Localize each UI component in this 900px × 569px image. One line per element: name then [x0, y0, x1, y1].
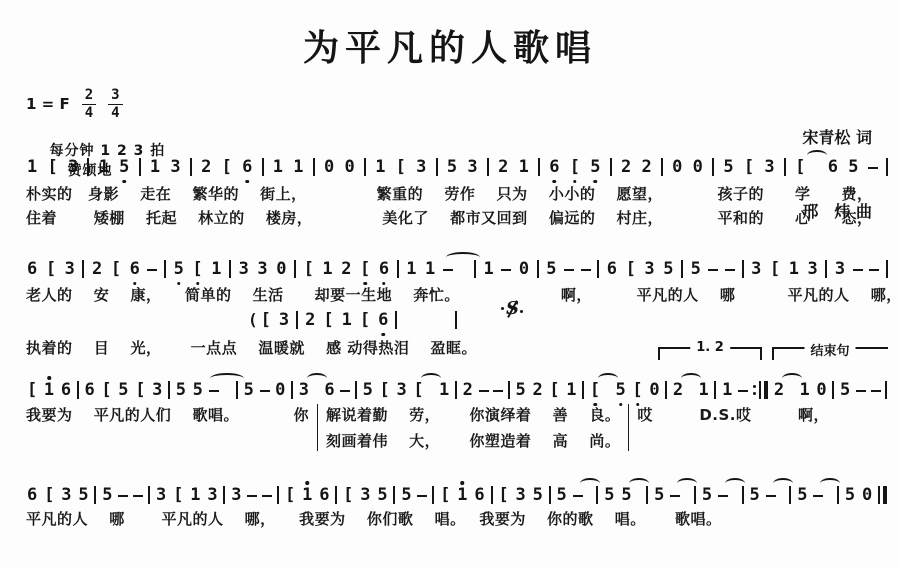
note: 1: [292, 159, 304, 176]
bar: [537, 260, 539, 278]
bracket-tick: [772, 349, 774, 360]
dash: [501, 269, 511, 272]
dash: [813, 495, 823, 498]
bar: [335, 486, 337, 504]
note: 1: [483, 261, 495, 278]
dash: [581, 269, 591, 272]
note: 6: [318, 487, 330, 504]
note: 3: [238, 261, 250, 278]
thin: [759, 381, 761, 399]
note: 3: [169, 159, 181, 176]
note: 1: [438, 382, 450, 399]
note: 6: [827, 159, 839, 176]
note: [: [342, 487, 354, 504]
bar: [148, 486, 150, 504]
note: 2: [200, 159, 212, 176]
note: 5: [515, 382, 527, 399]
note: 3: [807, 261, 819, 278]
tie: [807, 150, 827, 161]
note: 5: [653, 487, 665, 504]
bar: [94, 486, 96, 504]
note: 5: [844, 487, 856, 504]
bar: [474, 260, 476, 278]
note: 1: [788, 261, 800, 278]
dash: [868, 167, 878, 170]
dash: [708, 269, 718, 272]
bar: [694, 486, 696, 504]
note: 2: [672, 382, 684, 399]
note: [: [26, 382, 38, 399]
bar: [742, 260, 744, 278]
dot: [382, 333, 386, 337]
note: 1: [798, 382, 810, 399]
bar: [395, 311, 397, 329]
note: 1: [456, 487, 468, 504]
note: 5: [446, 159, 458, 176]
bar: [236, 381, 238, 399]
note: 6: [606, 261, 618, 278]
dash: [443, 269, 453, 272]
note: 3: [514, 487, 526, 504]
bar: [661, 158, 663, 176]
note: 1: [698, 382, 710, 399]
note: 5: [243, 382, 255, 399]
note: 2: [531, 382, 543, 399]
bar: [886, 158, 888, 176]
bar: [886, 260, 888, 278]
bar: [313, 158, 315, 176]
ending-bracket: 结束句: [772, 347, 888, 360]
note: 5: [589, 159, 601, 176]
note: 0: [671, 159, 683, 176]
note: [: [548, 382, 560, 399]
lyrics-line-4: 我要为 平凡的人们 歌唱。 你 解说着勤 劳， 你演绎着 善 良。 刻画着伟 大…: [26, 404, 829, 451]
note: 5: [101, 487, 113, 504]
dash: [118, 495, 128, 498]
bar: [455, 311, 457, 329]
note: 3: [834, 261, 846, 278]
note: 5: [175, 382, 187, 399]
note: 3: [151, 382, 163, 399]
paren: (: [248, 310, 258, 329]
notation-line-2: 6[32[65[1330[12[6111056[3553[133: [26, 252, 888, 278]
bar: [262, 158, 264, 176]
dot: [305, 481, 309, 485]
note: 0: [274, 382, 286, 399]
bar: [596, 486, 598, 504]
bar: [825, 260, 827, 278]
note: 6: [473, 487, 485, 504]
bar: [837, 486, 839, 504]
note: 1: [341, 312, 353, 329]
dash: [133, 495, 143, 498]
dots: [753, 385, 756, 395]
note: [: [45, 261, 57, 278]
note: 5: [690, 261, 702, 278]
note: 1: [321, 261, 333, 278]
note: 1: [272, 159, 284, 176]
note: 6: [60, 382, 72, 399]
note: 5: [117, 382, 129, 399]
note: 6: [378, 261, 390, 278]
bar: [294, 260, 296, 278]
bar: [364, 158, 366, 176]
note: 1: [565, 382, 577, 399]
bar: [712, 158, 714, 176]
note: 1: [424, 261, 436, 278]
bracket-tick: [760, 349, 762, 360]
notation-line-4: [166[5[35550365[3[1252[1[5[02112105: [26, 373, 888, 399]
note: 3: [64, 261, 76, 278]
bar: [538, 158, 540, 176]
note: 5: [173, 261, 185, 278]
dot: [47, 376, 51, 380]
dash: [670, 495, 680, 498]
key-signature: 1 = F 2 4 3 4: [26, 88, 123, 120]
note: 3: [415, 159, 427, 176]
time-signature-first: 2 4: [82, 88, 96, 120]
thick: [883, 486, 888, 504]
note: 3: [206, 487, 218, 504]
note: 3: [750, 261, 762, 278]
note: 1: [721, 382, 733, 399]
note: 6: [129, 261, 141, 278]
bar: [87, 158, 89, 176]
note: 0: [861, 487, 873, 504]
note: 6: [377, 312, 389, 329]
note: 5: [620, 487, 632, 504]
notation-line-3-inset: ([32[1[6: [248, 303, 457, 329]
note: 3: [278, 312, 290, 329]
note: 3: [60, 487, 72, 504]
dash: [493, 390, 503, 393]
verse-line-2: 刻画着伟 大， 你塑造着 高 尚。: [326, 430, 620, 451]
bar: [549, 486, 551, 504]
note: 3: [643, 261, 655, 278]
note: [: [439, 487, 451, 504]
bar: [397, 260, 399, 278]
tie: [210, 373, 244, 384]
note: [: [191, 261, 203, 278]
note: [: [497, 487, 509, 504]
bar: [432, 486, 434, 504]
time-sig-numerator: 3: [108, 88, 122, 105]
d: [753, 385, 756, 388]
dash: [147, 269, 157, 272]
time-sig-denominator: 4: [111, 105, 119, 121]
note: 5: [376, 487, 388, 504]
bar: [168, 381, 170, 399]
note: 3: [395, 382, 407, 399]
dash: [573, 495, 583, 498]
note: 1: [189, 487, 201, 504]
bar: [491, 486, 493, 504]
song-title: 为平凡的人歌唱: [0, 20, 900, 71]
bar: [646, 486, 648, 504]
bar: [296, 311, 298, 329]
dash: [871, 390, 881, 393]
bar: [164, 260, 166, 278]
note: [: [569, 159, 581, 176]
note: [: [625, 261, 637, 278]
note: 5: [362, 382, 374, 399]
note: [: [46, 159, 58, 176]
note: 6: [83, 382, 95, 399]
dash: [856, 390, 866, 393]
note: [: [589, 382, 601, 399]
note: [: [110, 261, 122, 278]
note: 3: [155, 487, 167, 504]
bar: [455, 381, 457, 399]
note: 3: [298, 382, 310, 399]
dash: [869, 269, 879, 272]
note: [: [395, 159, 407, 176]
bar: [665, 381, 667, 399]
bracket-tick: [658, 349, 660, 360]
note: 2: [497, 159, 509, 176]
note: 3: [466, 159, 478, 176]
rep: [753, 381, 769, 399]
volta-label: 1. 2: [690, 340, 730, 355]
bar: [610, 158, 612, 176]
bar: [82, 260, 84, 278]
bar: [714, 381, 716, 399]
note: 1: [26, 159, 38, 176]
note: 6: [26, 487, 38, 504]
bar: [832, 381, 834, 399]
lyrics-4-suffix: 哎 D.S.哎 啊，: [637, 404, 829, 425]
bar: [885, 381, 887, 399]
note: [: [379, 382, 391, 399]
time-sig-denominator: 4: [85, 105, 93, 121]
bar: [77, 381, 79, 399]
fin: [878, 486, 887, 504]
note: 2: [91, 261, 103, 278]
note: 3: [359, 487, 371, 504]
note: [: [631, 382, 643, 399]
note: 5: [532, 487, 544, 504]
note: [: [794, 159, 806, 176]
dash: [479, 390, 489, 393]
note: 0: [648, 382, 660, 399]
note: [: [172, 487, 184, 504]
time-sig-numerator: 2: [82, 88, 96, 105]
dash: [262, 495, 272, 498]
note: 3: [67, 159, 79, 176]
note: [: [303, 261, 315, 278]
note: 2: [640, 159, 652, 176]
note: 1: [301, 487, 313, 504]
bar: [393, 486, 395, 504]
bar: [355, 381, 357, 399]
note: 1: [374, 159, 386, 176]
volta-bracket: 1. 2: [658, 347, 762, 360]
dash: [247, 495, 257, 498]
note: 5: [796, 487, 808, 504]
note: 0: [343, 159, 355, 176]
note: [: [284, 487, 296, 504]
bar: [291, 381, 293, 399]
bar: [223, 486, 225, 504]
notation-line-1: 1[315132[611001[353216[522005[3[65: [26, 150, 888, 176]
dash: [564, 269, 574, 272]
note: 5: [614, 382, 626, 399]
note: 2: [304, 312, 316, 329]
note: 5: [556, 487, 568, 504]
sheet-music-page: 为平凡的人歌唱 宋青松 词 邢 炜 曲 1 = F 2 4 3 4 每分钟 1 …: [0, 0, 900, 569]
bar: [784, 158, 786, 176]
dash: [417, 495, 427, 498]
note: 1: [149, 159, 161, 176]
lyrics-line-5: 平凡的人 哪 平凡的人 哪， 我要为 你们歌 唱。 我要为 你的歌 唱。 歌唱。: [26, 508, 722, 529]
note: 0: [815, 382, 827, 399]
note: 5: [749, 487, 761, 504]
thin: [878, 486, 880, 504]
dash: [209, 390, 219, 393]
note: [: [221, 159, 233, 176]
note: 2: [773, 382, 785, 399]
bar: [789, 486, 791, 504]
lyrics-line-1-verse-2: 住着 矮棚 托起 林立的 楼房， 美化了 都市又回到 偏远的 村庄， 平和的 心…: [26, 207, 873, 228]
bar: [277, 486, 279, 504]
note: 2: [340, 261, 352, 278]
note: 5: [662, 261, 674, 278]
dash: [725, 269, 735, 272]
note: [: [359, 312, 371, 329]
note: [: [769, 261, 781, 278]
note: 2: [462, 382, 474, 399]
note: [: [743, 159, 755, 176]
segno-glyph: S: [506, 300, 519, 318]
note: 5: [118, 159, 130, 176]
note: [: [412, 382, 424, 399]
note: 0: [692, 159, 704, 176]
note: 1: [210, 261, 222, 278]
lyrics-line-3: 执着的 目 光， 一点点 温暖就 感 动得热泪 盈眶。: [26, 337, 477, 358]
bar: [681, 260, 683, 278]
dash: [766, 495, 776, 498]
bar: [487, 158, 489, 176]
bar: [229, 260, 231, 278]
dash: [853, 269, 863, 272]
note: 2: [620, 159, 632, 176]
note: 5: [545, 261, 557, 278]
bar: [597, 260, 599, 278]
bar: [508, 381, 510, 399]
time-signature-second: 3 4: [108, 88, 122, 120]
lyricist-credit: 宋青松 词: [802, 126, 872, 151]
note: 0: [275, 261, 287, 278]
note: 6: [241, 159, 253, 176]
note: 0: [323, 159, 335, 176]
note: 3: [230, 487, 242, 504]
dash: [718, 495, 728, 498]
note: 0: [518, 261, 530, 278]
bar: [139, 158, 141, 176]
note: 5: [77, 487, 89, 504]
note: 6: [26, 261, 38, 278]
note: [: [322, 312, 334, 329]
lyrics-line-2: 老人的 安 康， 简单的 生活 却要一生地 奔忙。 啊， 平凡的人 哪 平凡的人…: [26, 284, 900, 305]
dot: [461, 481, 465, 485]
note: 5: [400, 487, 412, 504]
key-tonic: 1 = F: [26, 95, 70, 113]
bar: [436, 158, 438, 176]
dash: [260, 390, 270, 393]
d: [753, 392, 756, 395]
notation-line-5: 6[3553[133[16[355[16[35555555550: [26, 478, 888, 504]
lyrics-line-1-verse-1: 朴实的 身影 走在 繁华的 街上， 繁重的 劳作 只为 小小的 愿望， 孩子的 …: [26, 183, 873, 204]
note: [: [100, 382, 112, 399]
bar: [742, 486, 744, 504]
lyrics-4-prefix: 我要为 平凡的人们 歌唱。 你: [26, 404, 309, 425]
note: 1: [405, 261, 417, 278]
verse-line-1: 解说着勤 劳， 你演绎着 善 良。: [326, 404, 620, 425]
segno-icon: S: [506, 299, 519, 318]
note: 1: [98, 159, 110, 176]
note: 5: [603, 487, 615, 504]
note: 1: [518, 159, 530, 176]
note: 6: [323, 382, 335, 399]
note: 6: [548, 159, 560, 176]
verse-block: 解说着勤 劳， 你演绎着 善 良。 刻画着伟 大， 你塑造着 高 尚。: [317, 404, 629, 451]
ending-label: 结束句: [804, 340, 855, 359]
bar: [190, 158, 192, 176]
note: [: [134, 382, 146, 399]
note: [: [359, 261, 371, 278]
note: 3: [763, 159, 775, 176]
note: 5: [192, 382, 204, 399]
note: 5: [847, 159, 859, 176]
note: [: [43, 487, 55, 504]
dash: [340, 390, 350, 393]
thick: [764, 381, 769, 399]
bar: [582, 381, 584, 399]
note: 5: [701, 487, 713, 504]
note: 5: [722, 159, 734, 176]
note: [: [260, 312, 272, 329]
note: 1: [43, 382, 55, 399]
note: 5: [839, 382, 851, 399]
dash: [738, 390, 748, 393]
note: 3: [256, 261, 268, 278]
